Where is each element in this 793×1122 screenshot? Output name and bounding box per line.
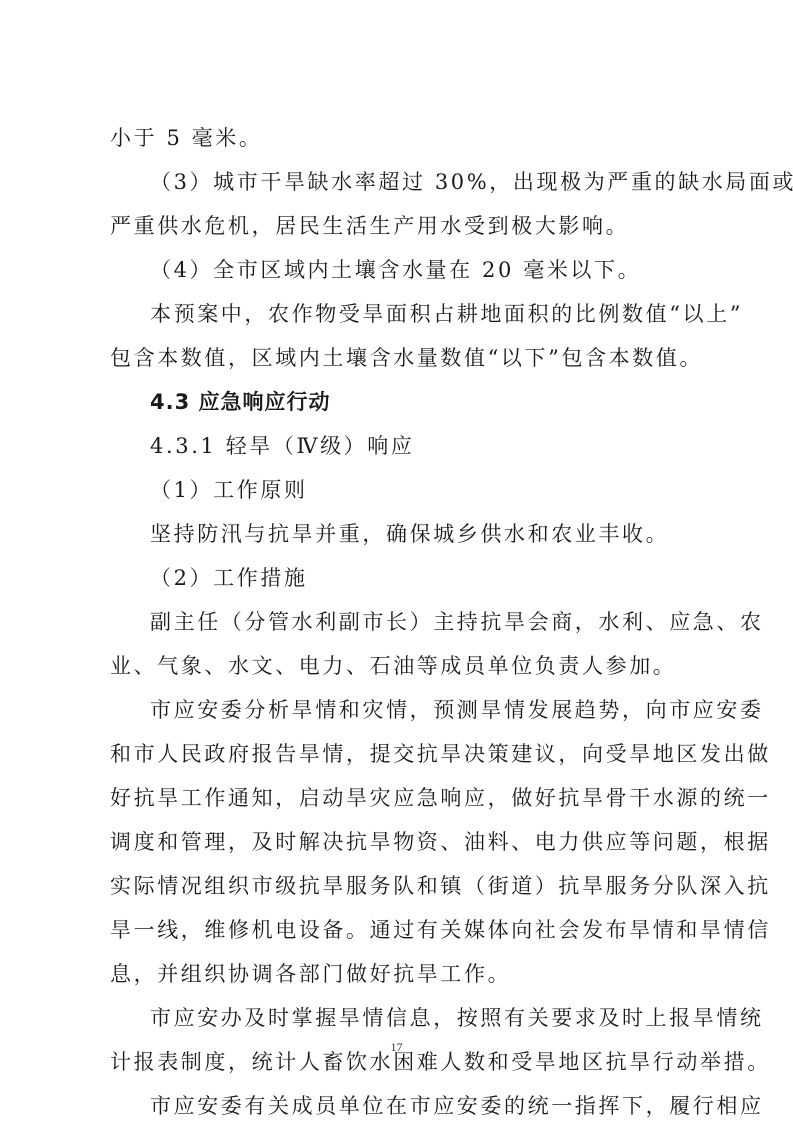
list-item-4: （4）全市区域内土壤含水量在 20 毫米以下。 — [150, 256, 700, 284]
item-heading-work-principle: （1）工作原则 — [150, 476, 700, 504]
measures-paragraph-2-cont: 好抗旱工作通知，启动旱灾应急响应，做好抗旱骨干水源的统一 — [110, 784, 700, 812]
text-line-3: 严重供水危机，居民生活生产用水受到极大影响。 — [110, 212, 700, 240]
measures-paragraph-2-cont: 和市人民政府报告旱情，提交抗旱决策建议，向受旱地区发出做 — [110, 740, 700, 768]
note-paragraph: 本预案中，农作物受旱面积占耕地面积的比例数值“以上” — [150, 300, 700, 328]
measures-paragraph-2: 市应安委分析旱情和灾情，预测旱情发展趋势，向市应安委 — [150, 696, 700, 724]
item-heading-work-measures: （2）工作措施 — [150, 564, 700, 592]
text-line-1: 小于 5 毫米。 — [110, 124, 700, 152]
measures-paragraph-2-cont: 旱一线，维修机电设备。通过有关媒体向社会发布旱情和旱情信 — [110, 916, 700, 944]
subsection-heading-4-3-1: 4.3.1 轻旱（Ⅳ级）响应 — [150, 432, 700, 460]
measures-paragraph-2-cont: 调度和管理，及时解决抗旱物资、油料、电力供应等问题，根据 — [110, 828, 700, 856]
note-paragraph-cont: 包含本数值，区域内土壤含水量数值“以下”包含本数值。 — [110, 344, 700, 372]
document-page: 小于 5 毫米。 （3）城市干旱缺水率超过 30%，出现极为严重的缺水局面或 严… — [0, 0, 793, 1122]
work-principle-text: 坚持防汛与抗旱并重，确保城乡供水和农业丰收。 — [150, 520, 700, 548]
list-item-3: （3）城市干旱缺水率超过 30%，出现极为严重的缺水局面或 — [150, 168, 700, 196]
measures-paragraph-2-cont: 实际情况组织市级抗旱服务队和镇（街道）抗旱服务分队深入抗 — [110, 872, 700, 900]
measures-paragraph-3: 市应安办及时掌握旱情信息，按照有关要求及时上报旱情统 — [150, 1004, 700, 1032]
page-number: 17 — [0, 1040, 793, 1055]
measures-paragraph-1: 副主任（分管水利副市长）主持抗旱会商，水利、应急、农 — [150, 608, 700, 636]
measures-paragraph-4: 市应安委有关成员单位在市应安委的统一指挥下，履行相应 — [150, 1092, 700, 1120]
section-heading-4-3: 4.3 应急响应行动 — [150, 388, 700, 416]
measures-paragraph-1-cont: 业、气象、水文、电力、石油等成员单位负责人参加。 — [110, 652, 700, 680]
measures-paragraph-2-cont: 息，并组织协调各部门做好抗旱工作。 — [110, 960, 700, 988]
